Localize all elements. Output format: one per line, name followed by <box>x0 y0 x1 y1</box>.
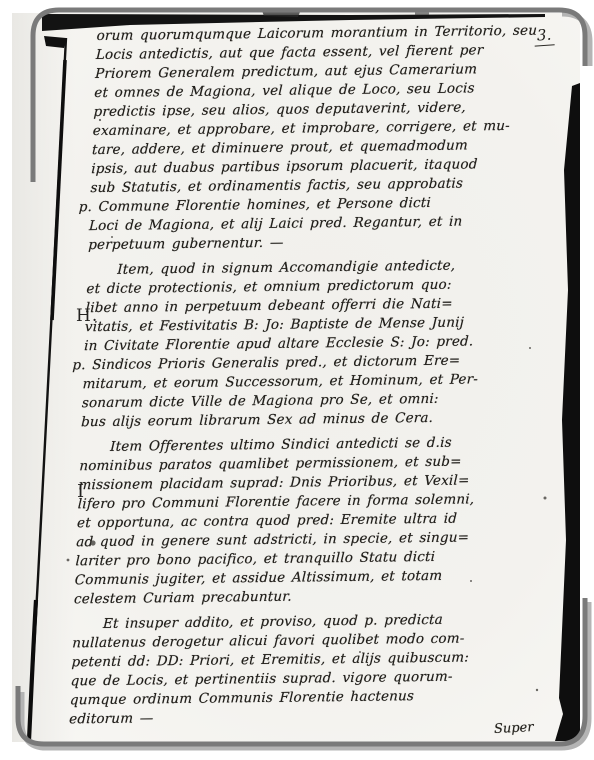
scanned-manuscript-view: { "page": { "number": "3.", "margin_lett… <box>0 0 594 760</box>
manuscript-text-block: orum quorumqumque Laicorum morantium in … <box>69 21 575 729</box>
